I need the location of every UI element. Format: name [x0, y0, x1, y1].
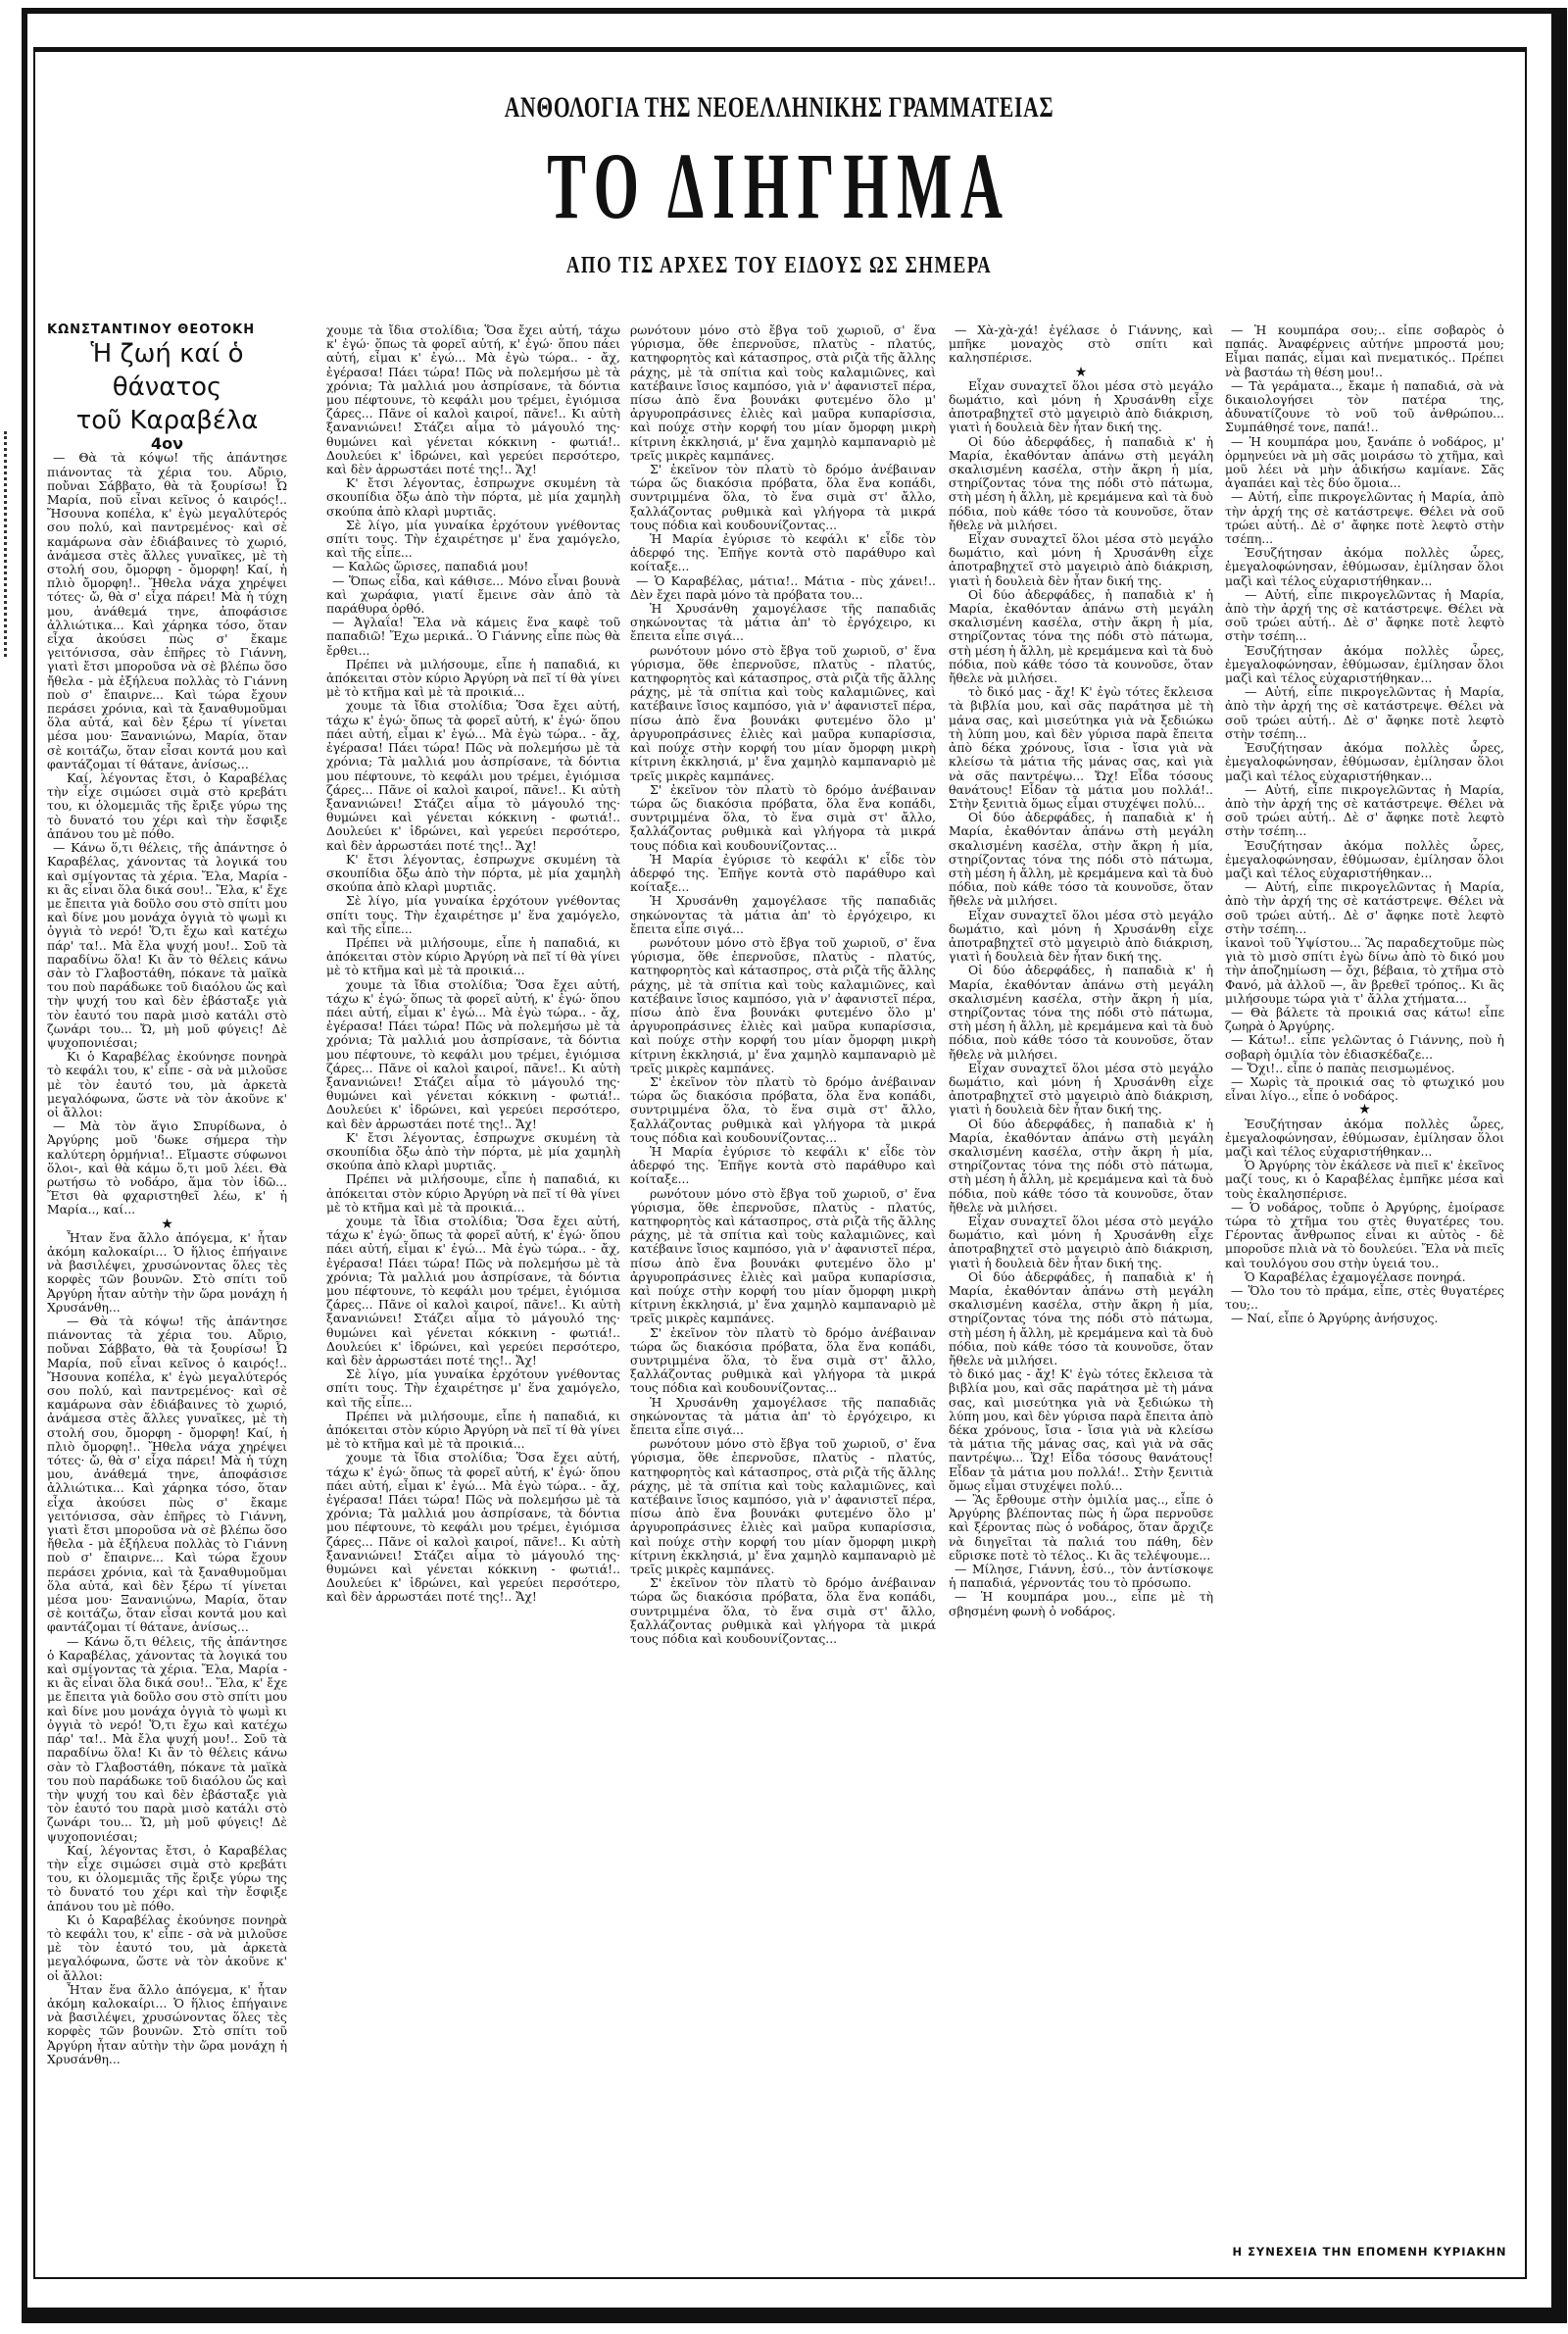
- paragraph: — Μίλησε, Γιάννη, ἐσύ.., τὸν ἀντίσκοψε ἡ…: [949, 1563, 1213, 1590]
- paragraph: ρωνότουν μόνο στὸ ἔβγα τοῦ χωριοῦ, σ' ἕν…: [630, 936, 936, 1075]
- paragraph: Πρέπει νὰ μιλήσουμε, εἶπε ἡ παπαδιά, κι …: [326, 1410, 620, 1452]
- paragraph: — Χὰ-χὰ-χά! ἐγέλασε ὁ Γιάννης, καὶ μπῆκε…: [949, 323, 1213, 366]
- paragraph: — Αὐτή, εἶπε πικρογελῶντας ἡ Μαρία, ἀπὸ …: [1225, 783, 1504, 839]
- paragraph: Ἡ Χρυσάνθη χαμογέλασε τῆς παπαδιᾶς σηκών…: [630, 602, 936, 644]
- paragraph: Σ' ἐκεῖνον τὸν πλατὺ τὸ δρόμο ἀνέβαιναν …: [630, 1075, 936, 1145]
- story-title-line2: τοῦ Καραβέλα: [47, 404, 287, 437]
- paragraph: Καί, λέγοντας ἔτσι, ὁ Καραβέλας τὴν εἶχε…: [47, 1844, 287, 1913]
- paragraph: Οἱ δύο ἀδερφάδες, ἡ παπαδιὰ κ' ἡ Μαρία, …: [949, 1117, 1213, 1215]
- paragraph: Πρέπει νὰ μιλήσουμε, εἶπε ἡ παπαδιά, κι …: [326, 658, 620, 700]
- paragraph: Ἡ Μαρία ἐγύρισε τὸ κεφάλι κ' εἶδε τὸν ἀδ…: [630, 1145, 936, 1187]
- paragraph: Ἦταν ἕνα ἄλλο ἀπόγεμα, κ' ἦταν ἀκόμη καλ…: [47, 1983, 287, 2066]
- paragraph: — Ἡ κουμπάρα μου.., εἶπε μὲ τὴ σβησμένη …: [949, 1590, 1213, 1617]
- main-title: ΤΟ ΔΙΗΓΗΜΑ: [320, 137, 1238, 235]
- paragraph: Ἦταν ἕνα ἄλλο ἀπόγεμα, κ' ἦταν ἀκόμη καλ…: [47, 1231, 287, 1315]
- paragraph: — Αὐτή, εἶπε πικρογελῶντας ἡ Μαρία, ἀπὸ …: [1225, 490, 1504, 546]
- paragraph: Σ' ἐκεῖνον τὸν πλατὺ τὸ δρόμο ἀνέβαιναν …: [630, 463, 936, 532]
- page-header: ΑΝΘΟΛΟΓΙΑ ΤΗΣ ΝΕΟΕΛΛΗΝΙΚΗΣ ΓΡΑΜΜΑΤΕΙΑΣ Τ…: [39, 88, 1519, 280]
- series-title: ΑΝΘΟΛΟΓΙΑ ΤΗΣ ΝΕΟΕΛΛΗΝΙΚΗΣ ΓΡΑΜΜΑΤΕΙΑΣ: [246, 88, 1311, 127]
- paragraph: — Καλῶς ὥρισες, παπαδιά μου!: [326, 560, 620, 573]
- paragraph: Εἶχαν συναχτεῖ ὅλοι μέσα στὸ μεγάλο δωμά…: [949, 532, 1213, 588]
- paragraph: Εἶχαν συναχτεῖ ὅλοι μέσα στὸ μεγάλο δωμά…: [949, 379, 1213, 435]
- paragraph: Σὲ λίγο, μία γυναίκα ἐρχότουν γνέθοντας …: [326, 894, 620, 936]
- part-number: 4ον: [47, 437, 287, 451]
- paragraph: Σ' ἐκεῖνον τὸν πλατὺ τὸ δρόμο ἀνέβαιναν …: [630, 783, 936, 853]
- paragraph: Ἐσυζήτησαν ἀκόμα πολλὲς ὧρες, ἐμεγαλοφών…: [1225, 546, 1504, 588]
- paragraph: — Χωρὶς τὰ προικιά σας τὸ φτωχικό μου εἶ…: [1225, 1075, 1504, 1103]
- paragraph: — Θὰ τὰ κόψω! τῆς ἀπάντησε πιάνοντας τὰ …: [47, 451, 287, 771]
- paragraph: τὸ δικό μας - ἄχ! Κ' ἐγὼ τότες ἔκλεισα τ…: [949, 685, 1213, 811]
- paragraph: — Ἂς ἔρθουμε στὴν ὁμιλία μας.., εἶπε ὁ Ἀ…: [949, 1493, 1213, 1563]
- paragraph: — Κάτω!.. εἶπε γελῶντας ὁ Γιάννης, ποὺ ἡ…: [1225, 1033, 1504, 1061]
- paragraph: — Ὁ Καραβέλας, μάτια!.. Μάτια - πὺς χάνε…: [630, 574, 936, 602]
- paragraph: — Θὰ βάλετε τὰ προικιά σας κάτω! εἶπε ζω…: [1225, 1006, 1504, 1033]
- paragraph: Εἶχαν συναχτεῖ ὅλοι μέσα στὸ μεγάλο δωμά…: [949, 1215, 1213, 1270]
- paragraph: Σὲ λίγο, μία γυναίκα ἐρχότουν γνέθοντας …: [326, 1367, 620, 1410]
- paragraph: — Θὰ τὰ κόψω! τῆς ἀπάντησε πιάνοντας τὰ …: [47, 1315, 287, 1635]
- paragraph: — Ἀγλαΐα! Ἔλα νὰ κάμεις ἕνα καφὲ τοῦ παπ…: [326, 616, 620, 658]
- paragraph: ρωνότουν μόνο στὸ ἔβγα τοῦ χωριοῦ, σ' ἕν…: [630, 1437, 936, 1576]
- column-1: ΚΩΝΣΤΑΝΤΙΝΟΥ ΘΕΟΤΟΚΗ Ἡ ζωή καί ὁ θάνατος…: [47, 323, 287, 2274]
- section-star: ★: [47, 1217, 287, 1231]
- paragraph: ρωνότουν μόνο στὸ ἔβγα τοῦ χωριοῦ, σ' ἕν…: [630, 323, 936, 463]
- paragraph: χουμε τὰ ἴδια στολίδια; Ὅσα ἔχει αὐτή, τ…: [326, 699, 620, 852]
- paragraph: Ἡ Μαρία ἐγύρισε τὸ κεφάλι κ' εἶδε τὸν ἀδ…: [630, 853, 936, 895]
- paragraph: Καί, λέγοντας ἔτσι, ὁ Καραβέλας τὴν εἶχε…: [47, 771, 287, 841]
- paragraph: Οἱ δύο ἀδερφάδες, ἡ παπαδιὰ κ' ἡ Μαρία, …: [949, 588, 1213, 685]
- paragraph: — Ἡ κουμπάρα σου;.. εἶπε σοβαρὸς ὁ παπάς…: [1225, 323, 1504, 379]
- paragraph: Ἐσυζήτησαν ἀκόμα πολλὲς ὧρες, ἐμεγαλοφών…: [1225, 644, 1504, 686]
- paragraph: Πρέπει νὰ μιλήσουμε, εἶπε ἡ παπαδιά, κι …: [326, 936, 620, 978]
- paragraph: Οἱ δύο ἀδερφάδες, ἡ παπαδιὰ κ' ἡ Μαρία, …: [949, 811, 1213, 908]
- subtitle: ΑΠΟ ΤΙΣ ΑΡΧΕΣ ΤΟΥ ΕΙΔΟΥΣ ΩΣ ΣΗΜΕΡΑ: [202, 251, 1356, 280]
- margin-perforation: [4, 431, 13, 657]
- paragraph: — Τὰ γεράματα.., ἔκαμε ἡ παπαδιά, σὰ νὰ …: [1225, 379, 1504, 435]
- paragraph: Σ' ἐκεῖνον τὸν πλατὺ τὸ δρόμο ἀνέβαιναν …: [630, 1576, 936, 1646]
- paragraph: Ἡ Χρυσάνθη χαμογέλασε τῆς παπαδιᾶς σηκών…: [630, 1396, 936, 1438]
- paragraph: — Ἡ κουμπάρα μου, ξανάπε ὁ νοδάρος, μ' ὁ…: [1225, 435, 1504, 491]
- column-4: — Χὰ-χὰ-χά! ἐγέλασε ὁ Γιάννης, καὶ μπῆκε…: [949, 323, 1213, 2274]
- column-5: — Ἡ κουμπάρα σου;.. εἶπε σοβαρὸς ὁ παπάς…: [1225, 323, 1504, 2225]
- section-star: ★: [1225, 1103, 1504, 1117]
- paragraph: ρωνότουν μόνο στὸ ἔβγα τοῦ χωριοῦ, σ' ἕν…: [630, 1187, 936, 1326]
- paragraph: Ἡ Χρυσάνθη χαμογέλασε τῆς παπαδιᾶς σηκών…: [630, 894, 936, 936]
- paragraph: — Μὰ τὸν ἅγιο Σπυρίδωνα, ὁ Ἀργύρης μοῦ '…: [47, 1119, 287, 1217]
- column-2: χουμε τὰ ἴδια στολίδια; Ὅσα ἔχει αὐτή, τ…: [326, 323, 620, 2274]
- paragraph: Ὁ Ἀργύρης τὸν ἐκάλεσε νὰ πιεῖ κ' ἐκεῖνος…: [1225, 1159, 1504, 1201]
- column-3: ρωνότουν μόνο στὸ ἔβγα τοῦ χωριοῦ, σ' ἕν…: [630, 323, 936, 2274]
- paragraph: Σὲ λίγο, μία γυναίκα ἐρχότουν γνέθοντας …: [326, 519, 620, 561]
- paragraph: — Κάνω ὅ,τι θέλεις, τῆς ἀπάντησε ὁ Καραβ…: [47, 1635, 287, 1844]
- paragraph: Κ' ἔτσι λέγοντας, ἐσπρωχνε σκυμένη τὰ σκ…: [326, 1131, 620, 1173]
- paragraph: Οἱ δύο ἀδερφάδες, ἡ παπαδιὰ κ' ἡ Μαρία, …: [949, 1270, 1213, 1367]
- paragraph: Κ' ἔτσι λέγοντας, ἐσπρωχνε σκυμένη τὰ σκ…: [326, 476, 620, 519]
- author-name: ΚΩΝΣΤΑΝΤΙΝΟΥ ΘΕΟΤΟΚΗ: [47, 323, 287, 337]
- paragraph: Ἐσυζήτησαν ἀκόμα πολλὲς ὧρες, ἐμεγαλοφών…: [1225, 741, 1504, 783]
- paragraph: — Ὅλο του τὸ πράμα, εἶπε, στὲς θυγατέρες…: [1225, 1284, 1504, 1312]
- paragraph: Κ' ἔτσι λέγοντας, ἐσπρωχνε σκυμένη τὰ σκ…: [326, 853, 620, 895]
- paragraph: χουμε τὰ ἴδια στολίδια; Ὅσα ἔχει αὐτή, τ…: [326, 1451, 620, 1604]
- paragraph: Πρέπει νὰ μιλήσουμε, εἶπε ἡ παπαδιά, κι …: [326, 1172, 620, 1215]
- paragraph: Ἐσυζήτησαν ἀκόμα πολλὲς ὧρες, ἐμεγαλοφών…: [1225, 1117, 1504, 1160]
- paragraph: Κι ὁ Καραβέλας ἐκούνησε πονηρὰ τὸ κεφάλι…: [47, 1050, 287, 1119]
- paragraph: χουμε τὰ ἴδια στολίδια; Ὅσα ἔχει αὐτή, τ…: [326, 323, 620, 476]
- paragraph: Εἶχαν συναχτεῖ ὅλοι μέσα στὸ μεγάλο δωμά…: [949, 909, 1213, 965]
- paragraph: Σ' ἐκεῖνον τὸν πλατὺ τὸ δρόμο ἀνέβαιναν …: [630, 1326, 936, 1396]
- paragraph: χουμε τὰ ἴδια στολίδια; Ὅσα ἔχει αὐτή, τ…: [326, 1215, 620, 1367]
- paragraph: ἱκανοὶ τοῦ Ὑψίστου... Ἂς παραδεχτοῦμε πὼ…: [1225, 936, 1504, 1006]
- paragraph: Οἱ δύο ἀδερφάδες, ἡ παπαδιὰ κ' ἡ Μαρία, …: [949, 435, 1213, 532]
- paragraph: Εἶχαν συναχτεῖ ὅλοι μέσα στὸ μεγάλο δωμά…: [949, 1062, 1213, 1117]
- section-star: ★: [949, 366, 1213, 379]
- paragraph: — Αὐτή, εἶπε πικρογελῶντας ἡ Μαρία, ἀπὸ …: [1225, 685, 1504, 741]
- paragraph: — Ὁ νοδάρος, τοὔπε ὁ Ἀργύρης, ἐμοίρασε τ…: [1225, 1201, 1504, 1270]
- paragraph: Ἐσυζήτησαν ἀκόμα πολλὲς ὧρες, ἐμεγαλοφών…: [1225, 839, 1504, 881]
- paragraph: Ἡ Μαρία ἐγύρισε τὸ κεφάλι κ' εἶδε τὸν ἀδ…: [630, 532, 936, 574]
- paragraph: χουμε τὰ ἴδια στολίδια; Ὅσα ἔχει αὐτή, τ…: [326, 978, 620, 1131]
- paragraph: — Ὅπως εἶδα, καὶ κάθισε... Μόνο εἶναι βο…: [326, 574, 620, 617]
- paragraph: — Ναί, εἶπε ὁ Ἀργύρης ἀνήσυχος.: [1225, 1312, 1504, 1325]
- continuation-notice: Η ΣΥΝΕΧΕΙΑ ΤΗΝ ΕΠΟΜΕΝΗ ΚΥΡΙΑΚΗΝ: [1230, 2245, 1509, 2259]
- paragraph: — Αὐτή, εἶπε πικρογελῶντας ἡ Μαρία, ἀπὸ …: [1225, 588, 1504, 644]
- paragraph: — Ὄχι!.. εἶπε ὁ παπὰς πεισμωμένος.: [1225, 1062, 1504, 1075]
- paragraph: — Κάνω ὅ,τι θέλεις, τῆς ἀπάντησε ὁ Καραβ…: [47, 841, 287, 1050]
- paragraph: ρωνότουν μόνο στὸ ἔβγα τοῦ χωριοῦ, σ' ἕν…: [630, 644, 936, 783]
- paragraph: τὸ δικό μας - ἄχ! Κ' ἐγὼ τότες ἔκλεισα τ…: [949, 1367, 1213, 1493]
- paragraph: — Αὐτή, εἶπε πικρογελῶντας ἡ Μαρία, ἀπὸ …: [1225, 880, 1504, 936]
- story-title: Ἡ ζωή καί ὁ θάνατος: [47, 337, 287, 404]
- paragraph: Ὁ Καραβέλας ἐχαμογέλασε πονηρά.: [1225, 1270, 1504, 1284]
- paragraph: Οἱ δύο ἀδερφάδες, ἡ παπαδιὰ κ' ἡ Μαρία, …: [949, 964, 1213, 1061]
- paragraph: Κι ὁ Καραβέλας ἐκούνησε πονηρὰ τὸ κεφάλι…: [47, 1913, 287, 1983]
